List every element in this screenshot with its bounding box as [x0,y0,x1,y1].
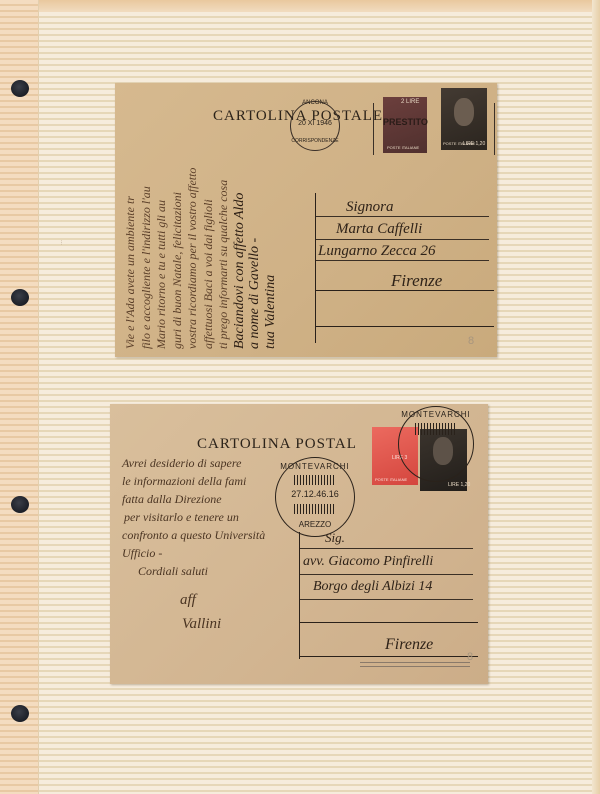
message-line: ti prego informarti su qualche cosa [216,168,232,349]
message-line: fatta dalla Direzione [122,492,222,507]
punch-hole [11,289,29,306]
handwritten-message: Vie e l'Ada avete un ambiente trfilo e a… [123,168,278,349]
message-line: per visitarlo e tenere un [124,510,239,525]
message-line: Vie e l'Ada avete un ambiente tr [123,168,139,349]
message-line: le informazioni della fami [122,474,246,489]
postmark-ancona: ANCONA 20 XI 1946 CORRISPONDENZE [290,101,340,151]
message-line: a nome di Gavello - [247,168,263,349]
address-salutation: Signora [346,199,394,216]
postmark-montevarchi-stamp: MONTEVARCHI [398,406,474,482]
message-line: Ufficio - [122,546,162,561]
pencil-mark: 8 [467,651,473,663]
card-title: CARTOLINA POSTAL [197,436,357,453]
stamp-imprint-1-20: POSTE ITALIANE LIRE 1,20 [441,88,487,150]
album-binding-margin [0,0,39,794]
message-line: tua Valentina [263,168,279,349]
postcard-bottom: CARTOLINA POSTAL Avrei desiderio di sape… [110,404,488,684]
address-street: Lungarno Zecca 26 [318,243,436,260]
punch-hole [11,705,29,722]
postcard-top: CARTOLINA POSTALE Vie e l'Ada avete un a… [115,83,497,357]
album-pencil-note: ... [58,240,64,245]
message-line: guri di buon Natale, felicitazioni [170,168,186,349]
address-block: Signora Marta Caffelli Lungarno Zecca 26… [315,193,496,343]
message-line: confronto a questo Università [122,528,265,543]
stamp-2-lire: POSTE ITALIANE 2 LIRE PRESTITO [383,97,427,153]
album-top-edge [0,0,600,12]
address-name: Marta Caffelli [336,221,422,238]
message-line: filo e accogliente e l'indirizzo l'au [139,168,155,349]
pencil-mark: 8 [468,335,474,347]
punch-hole [11,80,29,97]
message-line: aff [180,592,196,609]
message-line: Mario ritorno e tu e tutti gli au [154,168,170,349]
message-line: Baciandovi con affetto Aldo [232,168,248,349]
album-right-edge [592,0,600,794]
address-city: Firenze [391,271,442,291]
message-line: Vallini [182,616,221,633]
message-line: Avrei desiderio di sapere [122,456,241,471]
address-street: Borgo degli Albizi 14 [313,579,432,595]
address-city: Firenze [385,636,433,654]
address-block: Sig. avv. Giacomo Pinfirelli Borgo degli… [299,532,480,659]
postmark-montevarchi: MONTEVARCHI 27.12.46.16 AREZZO [275,457,355,537]
address-salutation: Sig. [325,530,345,546]
message-line: affettuosi Baci a voi dai figlioli [201,168,217,349]
message-line: Cordiali saluti [138,564,208,579]
portrait-icon [454,98,474,126]
address-name: avv. Giacomo Pinfirelli [303,554,433,570]
punch-hole [11,496,29,513]
message-line: vostra ricordiamo per il vostro affetto [185,168,201,349]
underline-flourish [360,662,470,667]
